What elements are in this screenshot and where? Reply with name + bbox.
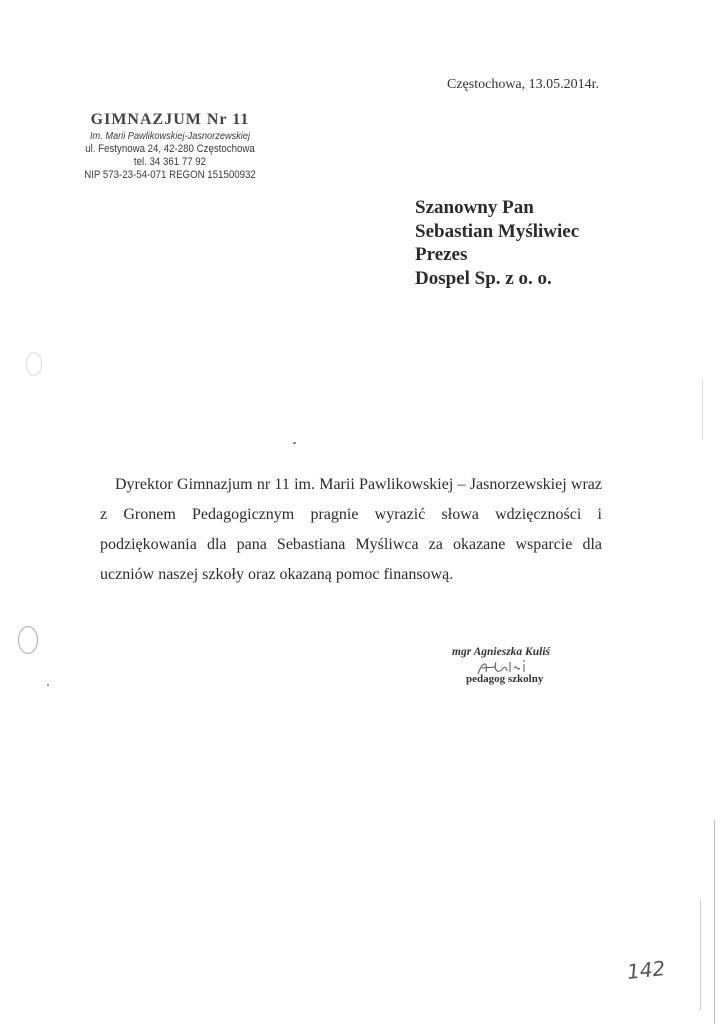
punch-hole-mark-bottom bbox=[18, 626, 38, 654]
scan-speck bbox=[47, 684, 49, 686]
addressee-position: Prezes bbox=[415, 243, 579, 267]
school-address: ul. Festynowa 24, 42-280 Częstochowa bbox=[73, 143, 267, 156]
place-and-date: Częstochowa, 13.05.2014r. bbox=[447, 77, 599, 93]
addressee-company: Dospel Sp. z o. o. bbox=[415, 267, 579, 291]
school-stamp: GIMNAZJUM Nr 11 Im. Marii Pawlikowskiej-… bbox=[60, 110, 280, 182]
punch-hole-mark-top bbox=[26, 352, 42, 376]
school-phone: tel. 34 361 77 92 bbox=[73, 156, 267, 169]
body-last-line: uczniów naszej szkoły oraz okazaną pomoc… bbox=[100, 566, 453, 583]
scan-edge-line bbox=[700, 900, 701, 1010]
body-paragraph: Dyrektor Gimnazjum nr 11 im. Marii Pawli… bbox=[100, 476, 602, 553]
addressee-name: Sebastian Myśliwiec bbox=[415, 220, 579, 244]
school-patron: Im. Marii Pawlikowskiej-Jasnorzewskiej bbox=[69, 130, 271, 143]
addressee-salutation: Szanowny Pan bbox=[415, 196, 579, 220]
handwritten-page-number: 142 bbox=[626, 956, 666, 984]
letter-body: Dyrektor Gimnazjum nr 11 im. Marii Pawli… bbox=[100, 470, 602, 590]
scan-edge-line bbox=[714, 820, 715, 1024]
signature-block: mgr Agnieszka Kuliś pedagog szkolny bbox=[452, 646, 582, 685]
school-ids: NIP 573-23-54-071 REGON 151500932 bbox=[73, 169, 267, 182]
scan-speck bbox=[293, 442, 296, 444]
scan-edge-line bbox=[702, 380, 703, 440]
signatory-name: mgr Agnieszka Kuliś bbox=[452, 646, 582, 658]
addressee-block: Szanowny Pan Sebastian Myśliwiec Prezes … bbox=[415, 196, 579, 290]
school-name: GIMNAZJUM Nr 11 bbox=[60, 110, 280, 130]
signature-scribble-icon bbox=[474, 658, 544, 678]
handwritten-signature bbox=[474, 658, 582, 676]
